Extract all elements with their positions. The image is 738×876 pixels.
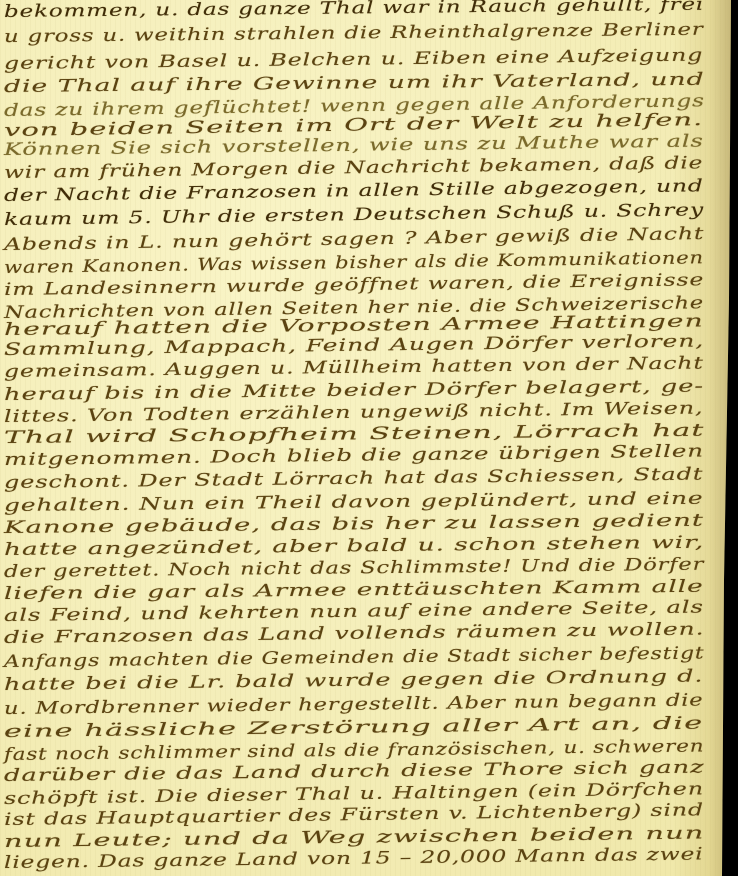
handwritten-line: u gross u. weithin strahlen die Rheintha… (4, 20, 704, 47)
handwritten-line: hatte bei die Lr. bald wurde gegen die O… (4, 666, 704, 695)
handwritten-line: bekommen, u. das ganze Thal war in Rauch… (4, 0, 704, 22)
handwritten-line: geschont. Der Stadt Lörrach hat das Schi… (4, 464, 704, 493)
handwritten-line: gericht von Basel u. Belchen u. Eiben ei… (4, 45, 703, 74)
scanned-page: bekommen, u. das ganze Thal war in Rauch… (0, 0, 738, 876)
paper-sheet: bekommen, u. das ganze Thal war in Rauch… (0, 0, 731, 876)
